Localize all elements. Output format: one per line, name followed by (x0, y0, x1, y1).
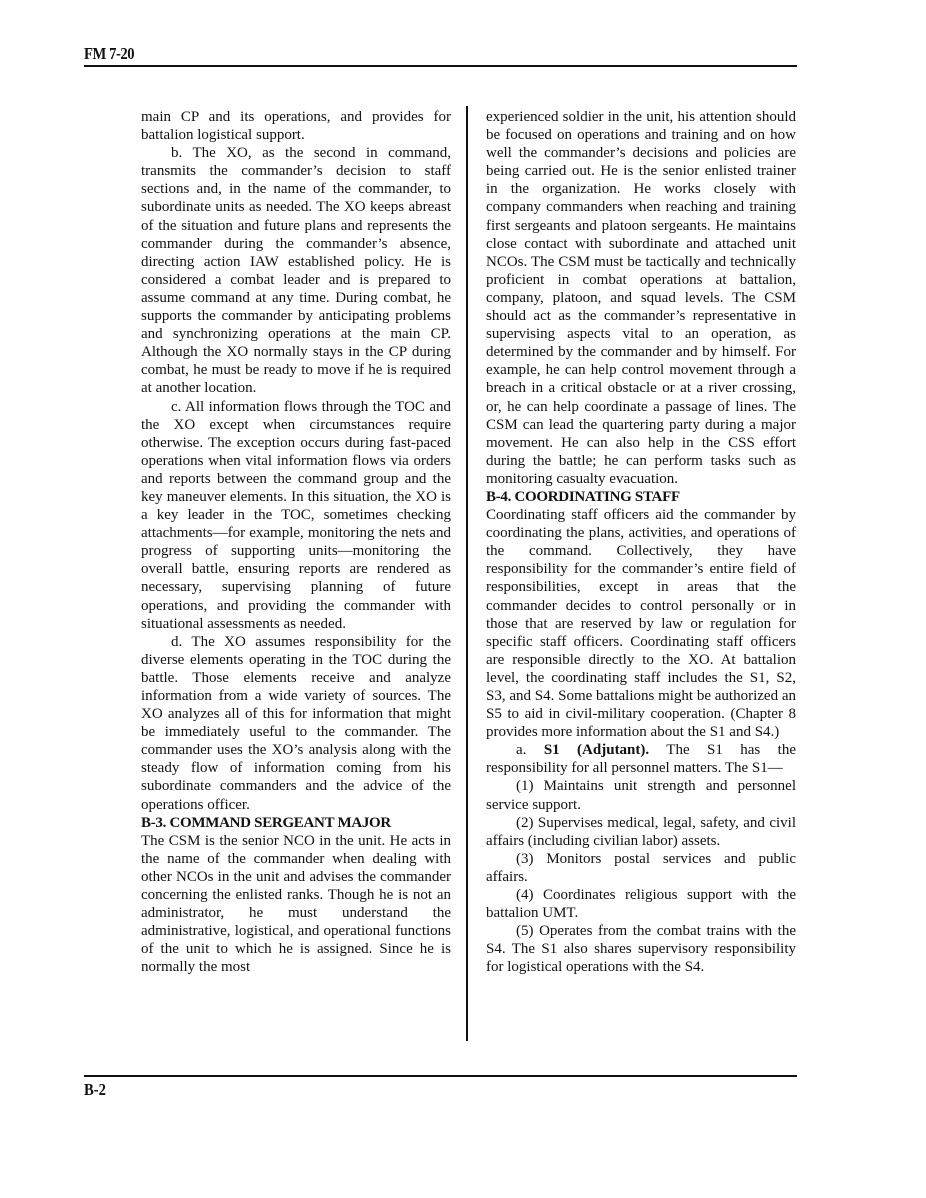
s1-duty-item: (4) Coordinates religious support with t… (486, 886, 796, 922)
paragraph-b3-part1: The CSM is the senior NCO in the unit. H… (141, 832, 451, 977)
section-heading-b4: B-4. COORDINATING STAFF (486, 488, 796, 506)
right-column: experienced soldier in the unit, his att… (486, 108, 796, 977)
header-rule (84, 65, 797, 67)
paragraph-b3-part2: experienced soldier in the unit, his att… (486, 108, 796, 488)
s1-duty-item: (2) Supervises medical, legal, safety, a… (486, 814, 796, 850)
left-column: main CP and its operations, and provides… (141, 108, 451, 977)
section-heading-b3: B-3. COMMAND SERGEANT MAJOR (141, 814, 451, 832)
paragraph-b: b. The XO, as the second in command, tra… (141, 144, 451, 397)
paragraph-d: d. The XO assumes responsibility for the… (141, 633, 451, 814)
s1-duty-item: (5) Operates from the combat trains with… (486, 922, 796, 976)
s1-duty-item: (3) Monitors postal services and public … (486, 850, 796, 886)
page-number: B-2 (84, 1080, 106, 1100)
paragraph-a-prefix: a. (516, 742, 544, 758)
column-divider (466, 106, 468, 1041)
s1-duty-item: (1) Maintains unit strength and personne… (486, 777, 796, 813)
paragraph-b4: Coordinating staff officers aid the comm… (486, 506, 796, 741)
paragraph-continuation: main CP and its operations, and provides… (141, 108, 451, 144)
footer-rule (84, 1075, 797, 1077)
running-head: FM 7-20 (84, 44, 134, 64)
s1-adjutant-title: S1 (Adjutant). (544, 742, 649, 758)
paragraph-c: c. All information flows through the TOC… (141, 398, 451, 633)
paragraph-a-s1: a. S1 (Adjutant). The S1 has the respons… (486, 741, 796, 777)
